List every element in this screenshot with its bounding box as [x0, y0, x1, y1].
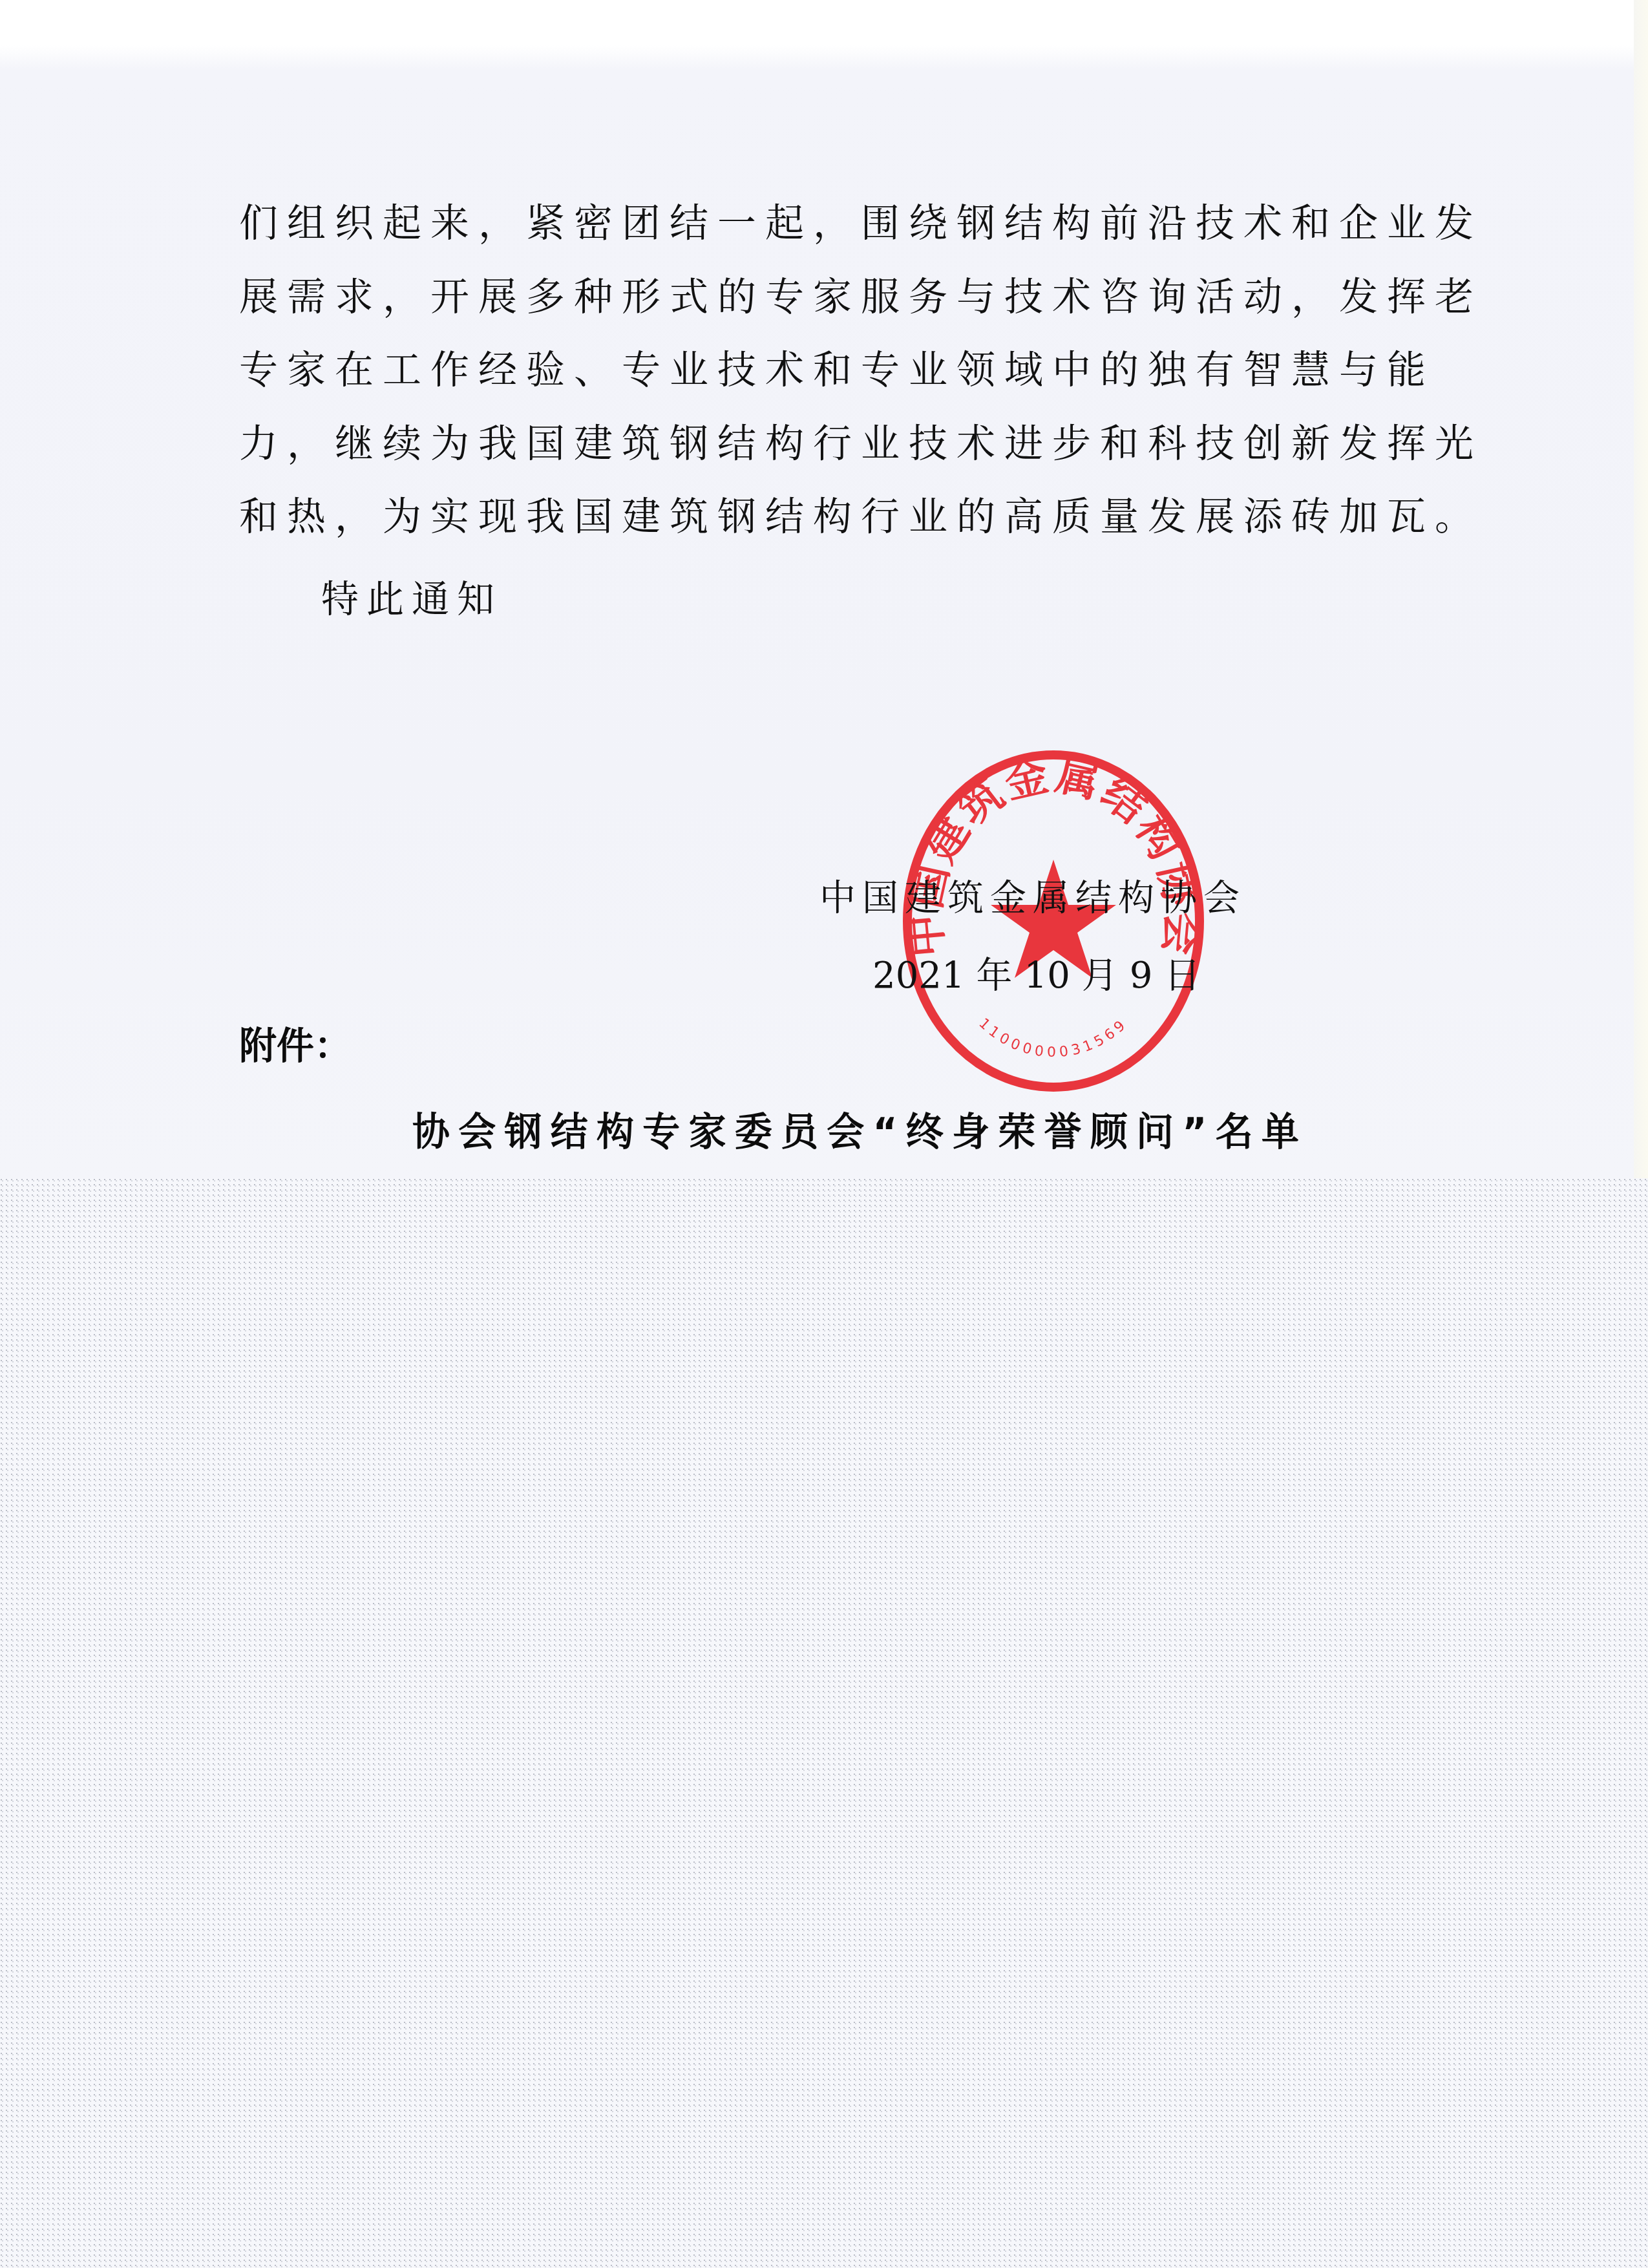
body-line-3: 专家在工作经验、专业技术和专业领域中的独有智慧与能: [239, 344, 1389, 396]
document-page: 们组织起来，紧密团结一起，围绕钢结构前沿技术和企业发 展需求，开展多种形式的专家…: [0, 0, 1648, 1178]
body-line-4: 力，继续为我国建筑钢结构行业技术进步和科技创新发挥光: [239, 418, 1389, 470]
closing-text: 特此通知: [321, 573, 502, 625]
svg-text:1100000031569: 1100000031569: [975, 1015, 1131, 1061]
signature-date: 2021年10月9日: [872, 950, 1212, 1002]
body-line-5: 和热，为实现我国建筑钢结构行业的高质量发展添砖加瓦。: [239, 491, 1389, 543]
date-day-unit: 日: [1164, 955, 1200, 997]
body-line-1: 们组织起来，紧密团结一起，围绕钢结构前沿技术和企业发: [239, 198, 1389, 249]
empty-canvas-area: [0, 1178, 1648, 2268]
date-month: 10: [1024, 955, 1070, 997]
scan-edge: [1634, 0, 1648, 1178]
attachment-title: 协会钢结构专家委员会“终身荣誉顾问”名单: [412, 1105, 1299, 1159]
body-line-2: 展需求，开展多种形式的专家服务与技术咨询活动，发挥老: [239, 271, 1389, 323]
date-year-unit: 年: [977, 955, 1013, 997]
date-year: 2021: [872, 955, 965, 997]
seal-serial-number: 1100000031569: [975, 1015, 1131, 1061]
signature-organization: 中国建筑金属结构协会: [819, 873, 1246, 924]
date-day: 9: [1130, 955, 1153, 997]
attachment-label: 附件：: [239, 1020, 352, 1072]
date-month-unit: 月: [1082, 955, 1118, 997]
